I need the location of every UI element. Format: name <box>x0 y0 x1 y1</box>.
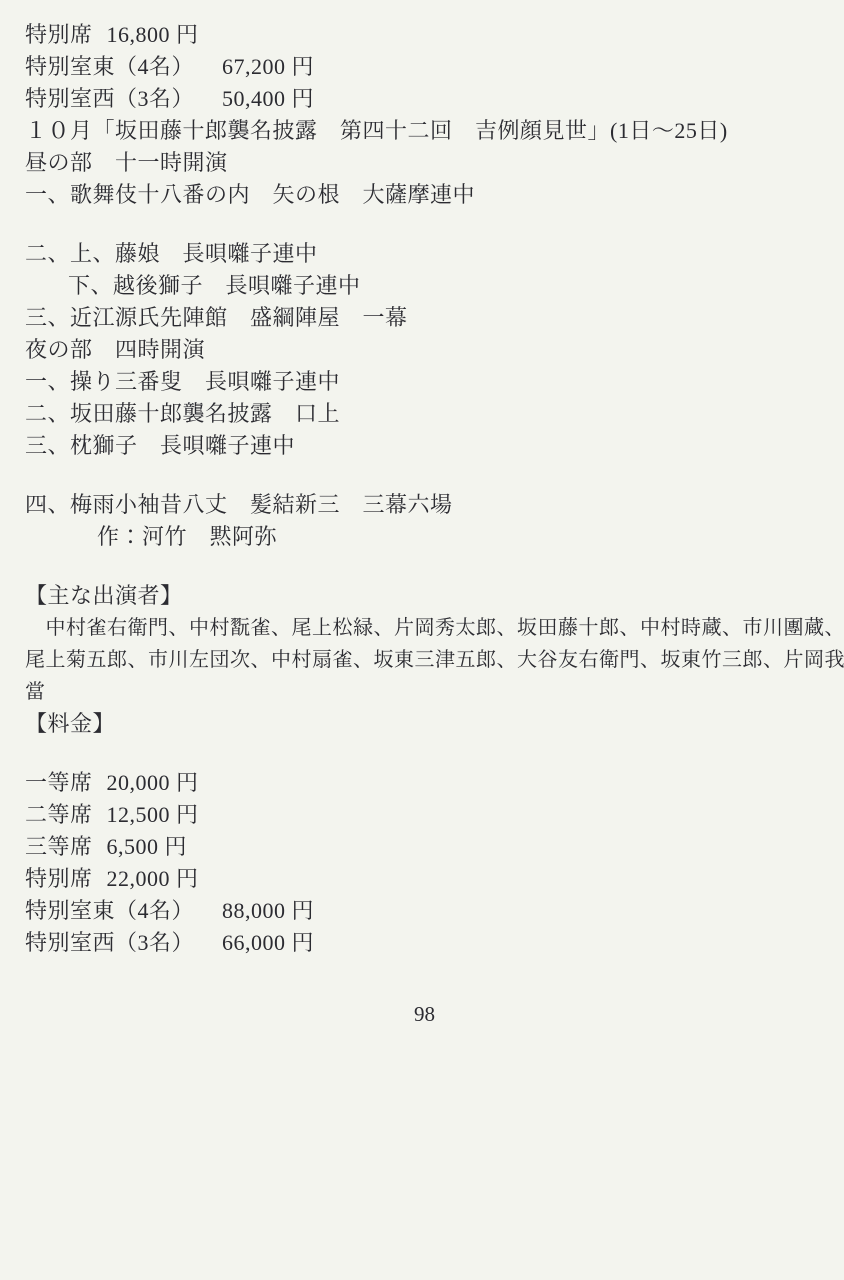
fee-price: 22,000 円 <box>107 863 199 895</box>
fee-row: 特別席 16,800 円 <box>25 19 824 51</box>
matinee-item-3: 三、近江源氏先陣館 盛綱陣屋 一幕 <box>25 302 824 334</box>
fee-price: 88,000 円 <box>222 895 314 927</box>
fee-label: 二等席 <box>25 799 93 831</box>
fees-header: 【料金】 <box>25 708 824 740</box>
evening-item-3: 三、枕獅子 長唄囃子連中 <box>25 430 824 462</box>
matinee-item-1: 一、歌舞伎十八番の内 矢の根 大薩摩連中 <box>25 179 824 211</box>
cast-header: 【主な出演者】 <box>25 580 824 612</box>
evening-item-2: 二、坂田藤十郎襲名披露 口上 <box>25 398 824 430</box>
fee-row: 二等席 12,500 円 <box>25 799 824 831</box>
cast-line-1: 中村雀右衛門、中村翫雀、尾上松緑、片岡秀太郎、坂田藤十郎、中村時蔵、市川團蔵、 <box>25 612 824 644</box>
fee-price: 6,500 円 <box>107 831 188 863</box>
cast-line-3: 當 <box>25 676 824 708</box>
matinee-item-2: 二、上、藤娘 長唄囃子連中 下、越後獅子 長唄囃子連中 <box>25 238 824 302</box>
fee-row: 特別室西（3名） 66,000 円 <box>25 927 824 959</box>
fee-label: 三等席 <box>25 831 93 863</box>
matinee-header: 昼の部 十一時開演 <box>25 147 824 179</box>
scanned-document-page: 特別席 16,800 円 特別室東（4名） 67,200 円 特別室西（3名） … <box>0 0 844 1280</box>
fee-label: 特別室東（4名） <box>25 51 194 83</box>
evening-item-4-author: 作：河竹 黙阿弥 <box>97 521 824 553</box>
fee-price: 16,800 円 <box>107 19 199 51</box>
top-fee-list: 特別席 16,800 円 特別室東（4名） 67,200 円 特別室西（3名） … <box>25 19 824 115</box>
fee-label: 特別室東（4名） <box>25 895 194 927</box>
fee-label: 特別室西（3名） <box>25 927 194 959</box>
fee-row: 特別室東（4名） 67,200 円 <box>25 51 824 83</box>
evening-item-1: 一、操り三番叟 長唄囃子連中 <box>25 366 824 398</box>
fee-price: 20,000 円 <box>107 767 199 799</box>
matinee-item-2-part-1: 二、上、藤娘 長唄囃子連中 <box>25 238 824 270</box>
matinee-item-2-part-2: 下、越後獅子 長唄囃子連中 <box>68 270 824 302</box>
fee-row: 特別席 22,000 円 <box>25 863 824 895</box>
fee-label: 特別室西（3名） <box>25 83 194 115</box>
fee-list: 一等席 20,000 円 二等席 12,500 円 三等席 6,500 円 特別… <box>25 767 824 959</box>
fee-price: 67,200 円 <box>222 51 314 83</box>
evening-item-4: 四、梅雨小袖昔八丈 髪結新三 三幕六場 作：河竹 黙阿弥 <box>25 489 824 553</box>
fee-label: 一等席 <box>25 767 93 799</box>
fee-row: 特別室東（4名） 88,000 円 <box>25 895 824 927</box>
fee-price: 66,000 円 <box>222 927 314 959</box>
document-content: 特別席 16,800 円 特別室東（4名） 67,200 円 特別室西（3名） … <box>0 0 844 1028</box>
evening-item-4-title: 四、梅雨小袖昔八丈 髪結新三 三幕六場 <box>25 489 824 521</box>
fee-price: 50,400 円 <box>222 83 314 115</box>
cast-line-2: 尾上菊五郎、市川左団次、中村扇雀、坂東三津五郎、大谷友右衛門、坂東竹三郎、片岡我 <box>25 644 824 676</box>
page-number: 98 <box>25 1000 824 1028</box>
fee-price: 12,500 円 <box>107 799 199 831</box>
fee-row: 一等席 20,000 円 <box>25 767 824 799</box>
fee-label: 特別席 <box>25 19 93 51</box>
fee-label: 特別席 <box>25 863 93 895</box>
fee-row: 特別室西（3名） 50,400 円 <box>25 83 824 115</box>
cast-section: 【主な出演者】 中村雀右衛門、中村翫雀、尾上松緑、片岡秀太郎、坂田藤十郎、中村時… <box>25 580 824 708</box>
fee-row: 三等席 6,500 円 <box>25 831 824 863</box>
evening-header: 夜の部 四時開演 <box>25 334 824 366</box>
program-title: １０月「坂田藤十郎襲名披露 第四十二回 吉例顔見世」(1日～25日) <box>25 115 824 147</box>
